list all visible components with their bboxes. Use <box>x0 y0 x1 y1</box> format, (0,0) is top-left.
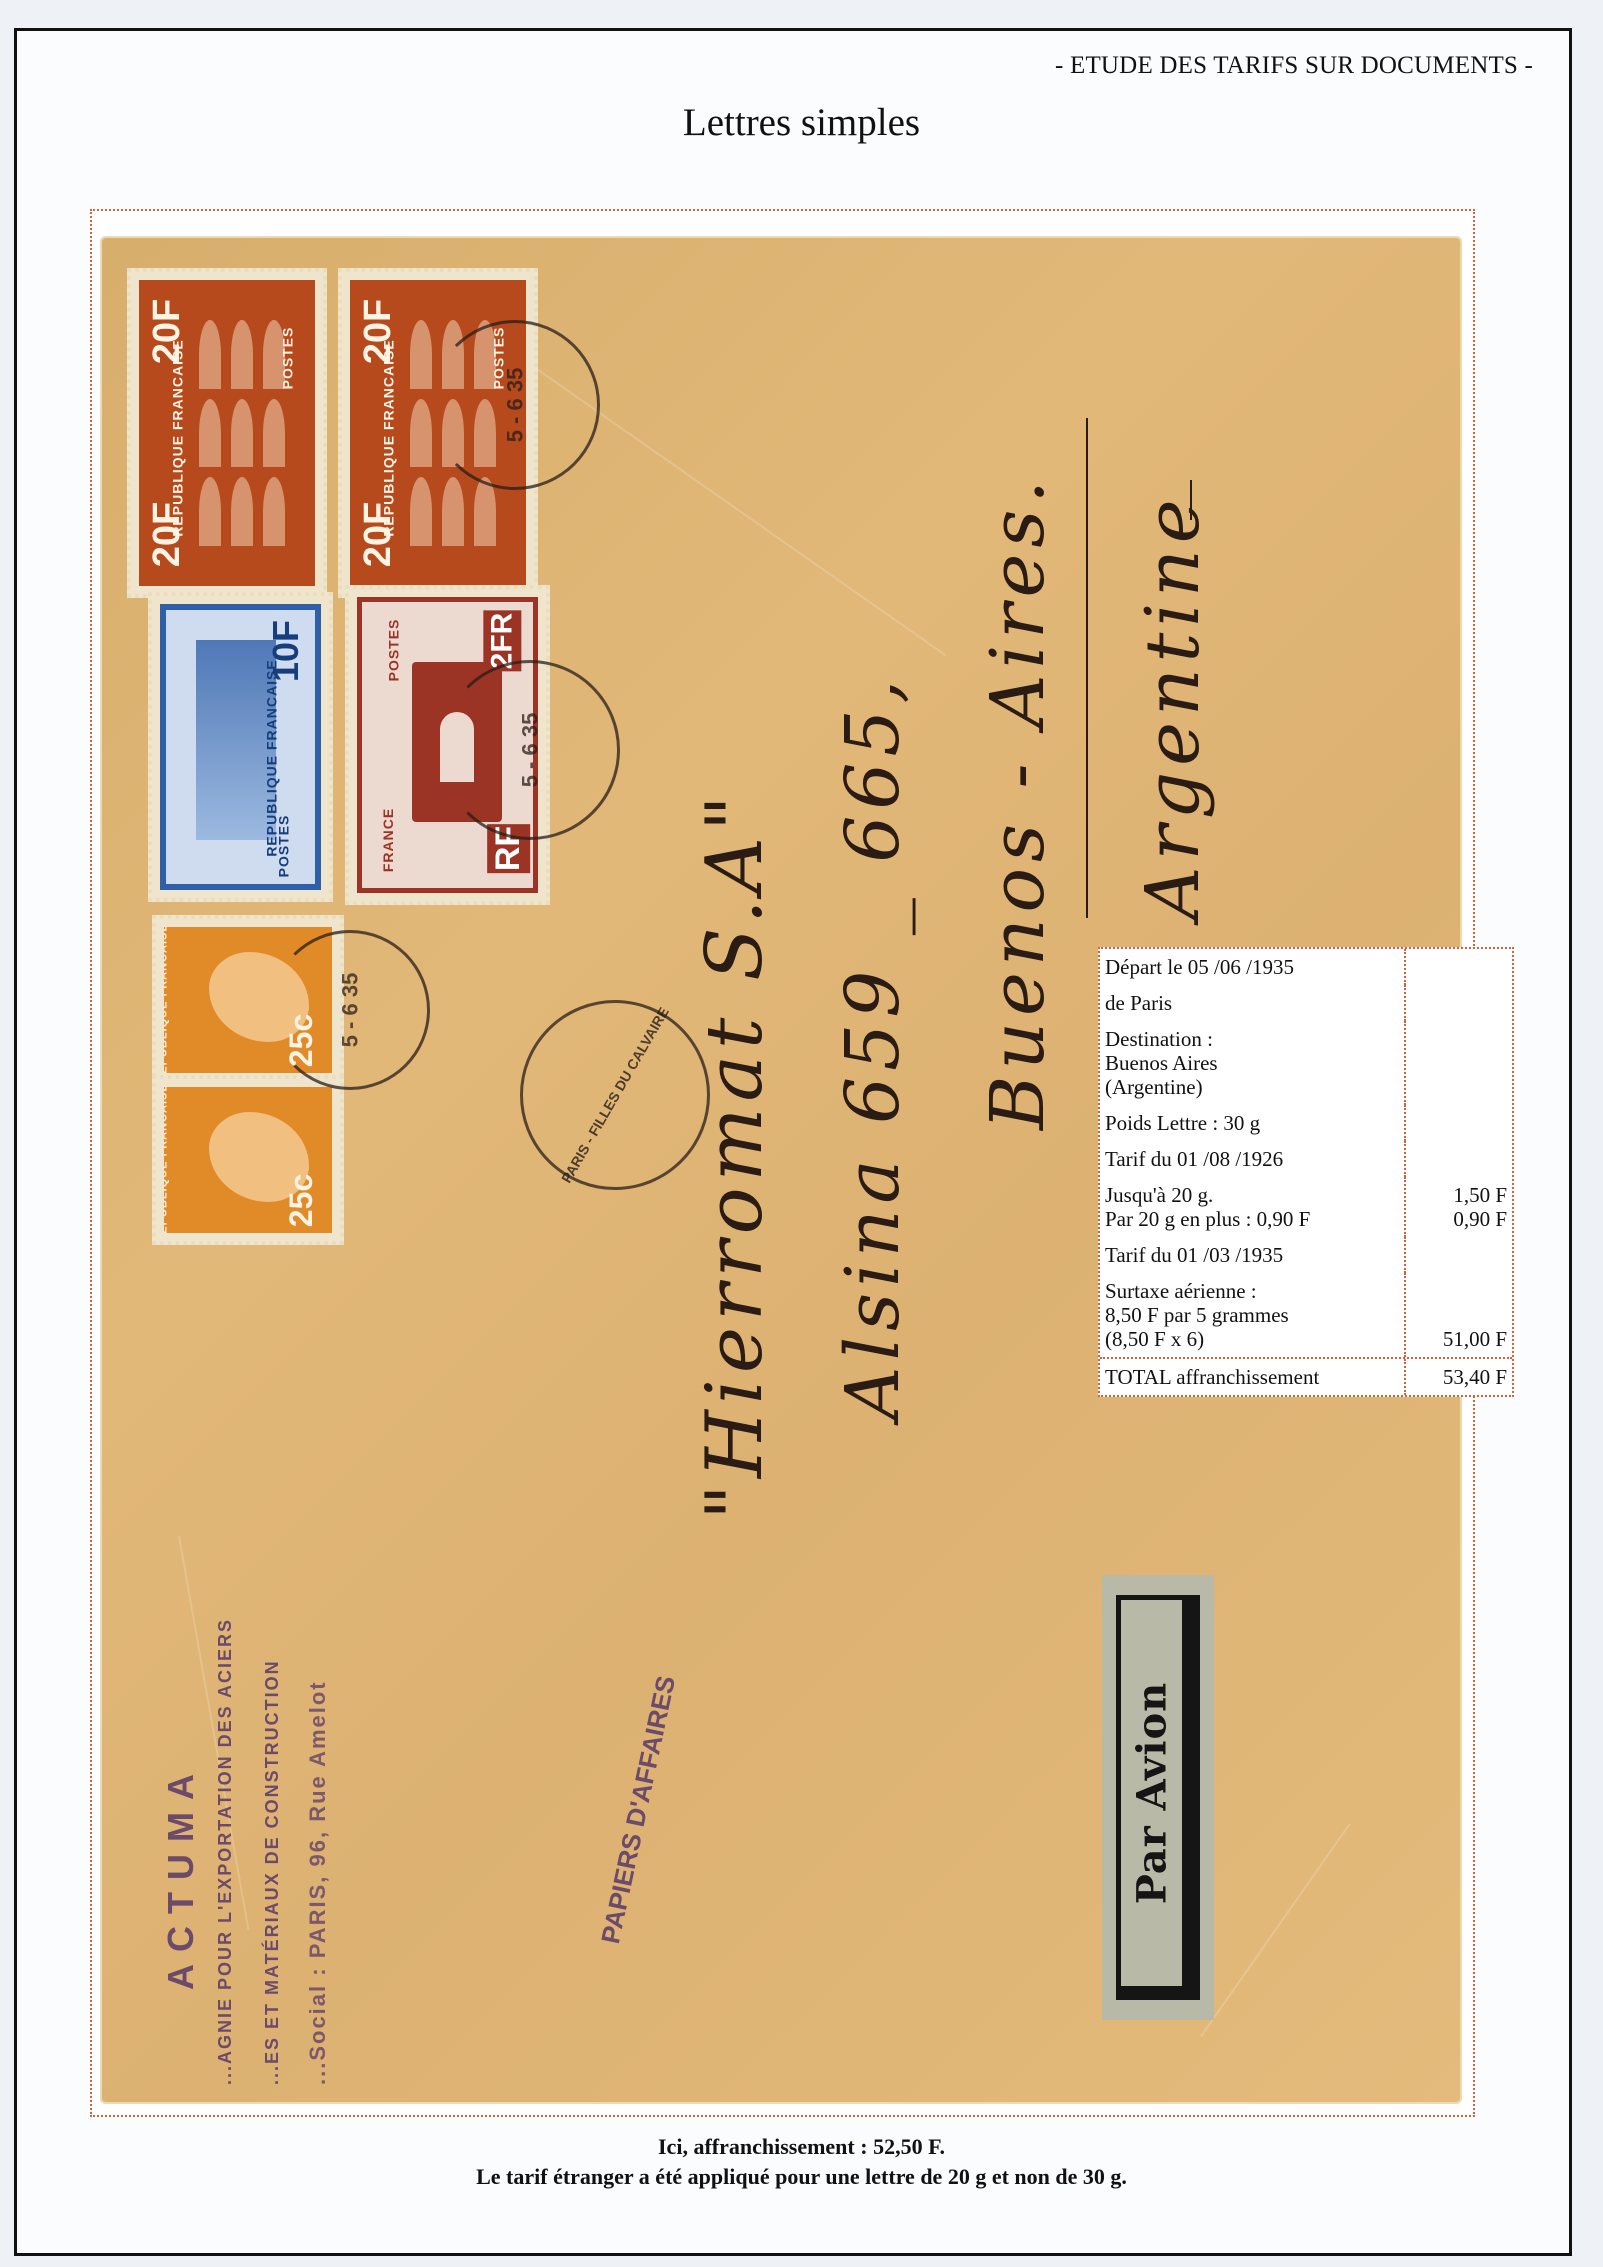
tariff-table: Départ le 05 /06 /1935 de Paris Destinat… <box>1098 947 1514 1397</box>
stamp-value: 25c <box>283 1174 320 1227</box>
tariff-row-label: Jusqu'à 20 g. Par 20 g en plus : 0,90 F <box>1100 1177 1406 1237</box>
tariff-row: Destination : Buenos Aires (Argentine) <box>1100 1021 1512 1105</box>
sender-company-name: ACTUMA <box>160 1762 202 1990</box>
stamp-country: REPUBLIQUE FRANCAISE <box>164 927 170 1073</box>
tariff-row-label: Tarif du 01 /03 /1935 <box>1100 1237 1406 1273</box>
tariff-row-label: Poids Lettre : 30 g <box>1100 1105 1406 1141</box>
tariff-total-label: TOTAL affranchissement <box>1100 1359 1406 1395</box>
tariff-row-amount: 51,00 F <box>1406 1273 1512 1357</box>
tariff-row: Tarif du 01 /03 /1935 <box>1100 1237 1512 1273</box>
caption-line-2: Le tarif étranger a été appliqué pour un… <box>0 2162 1603 2192</box>
tariff-row: Poids Lettre : 30 g <box>1100 1105 1512 1141</box>
stamp-country: REPUBLIQUE FRANCAISE <box>164 1087 170 1233</box>
tariff-total-row: TOTAL affranchissement 53,40 F <box>1100 1357 1512 1395</box>
postmark-middle: 5 - 6 35 <box>440 660 620 840</box>
tariff-row: Surtaxe aérienne : 8,50 F par 5 grammes … <box>1100 1273 1512 1357</box>
address-dash <box>1190 480 1192 520</box>
address-line-city: Buenos - Aires. <box>975 474 1061 1130</box>
stamp-semeuse-2: 25c REPUBLIQUE FRANCAISE <box>152 1075 344 1245</box>
page-subtitle: Lettres simples <box>0 100 1603 145</box>
tariff-row: Jusqu'à 20 g. Par 20 g en plus : 0,90 F … <box>1100 1177 1512 1237</box>
stamp-label: POSTES <box>276 815 292 878</box>
sender-line-3: ...Social : PARIS, 96, Rue Amelot <box>305 1680 331 2085</box>
stamp-country: REPUBLIQUE FRANCAISE <box>170 339 186 536</box>
tariff-row-amount <box>1406 985 1512 1021</box>
tariff-row-label: de Paris <box>1100 985 1406 1021</box>
aqueduct-illustration <box>199 320 285 546</box>
airmail-label-text: Par Avion <box>1128 1682 1175 1905</box>
stamp-pont-du-gard-1: 20F 20F REPUBLIQUE FRANCAISE POSTES <box>127 268 327 598</box>
caption: Ici, affranchissement : 52,50 F. Le tari… <box>0 2132 1603 2192</box>
address-line-street: Alsina 659 _ 665, <box>830 674 916 1420</box>
sender-line-2: ...ES ET MATÉRIAUX DE CONSTRUCTION <box>262 1659 283 2085</box>
airmail-label: Par Avion <box>1102 1575 1214 2020</box>
caption-line-1: Ici, affranchissement : 52,50 F. <box>0 2132 1603 2162</box>
tariff-row: Tarif du 01 /08 /1926 <box>1100 1141 1512 1177</box>
tariff-row-amount <box>1406 949 1512 985</box>
stamp-label: POSTES <box>385 619 401 682</box>
stamp-label: POSTES <box>280 327 296 390</box>
postmark-top: 5 - 6 35 <box>430 320 600 490</box>
tariff-row: Départ le 05 /06 /1935 <box>1100 949 1512 985</box>
sender-line-1: ...AGNIE POUR L'EXPORTATION DES ACIERS <box>215 1618 236 2085</box>
tariff-row: de Paris <box>1100 985 1512 1021</box>
tariff-row-amount <box>1406 1237 1512 1273</box>
tariff-row-amount <box>1406 1141 1512 1177</box>
header-title: - ETUDE DES TARIFS SUR DOCUMENTS - <box>1055 52 1533 80</box>
postmark-bottom: 5 - 6 35 <box>270 930 430 1090</box>
tariff-row-label: Départ le 05 /06 /1935 <box>1100 949 1406 985</box>
stamp-country: REPUBLIQUE FRANCAISE <box>381 339 397 536</box>
tariff-row-label: Surtaxe aérienne : 8,50 F par 5 grammes … <box>1100 1273 1406 1357</box>
address-line-country: Argentine <box>1130 494 1216 921</box>
postmark-center: PARIS - FILLES DU CALVAIRE <box>520 1000 710 1190</box>
address-line-recipient: "Hierromat S.A" <box>690 789 780 1520</box>
tariff-row-amount: 1,50 F 0,90 F <box>1406 1177 1512 1237</box>
stamp-country: FRANCE <box>380 808 396 872</box>
tariff-row-label: Destination : Buenos Aires (Argentine) <box>1100 1021 1406 1105</box>
address-underline <box>1086 418 1088 918</box>
tariff-row-label: Tarif du 01 /08 /1926 <box>1100 1141 1406 1177</box>
tariff-row-amount <box>1406 1021 1512 1105</box>
stamp-la-rochelle: 10F REPUBLIQUE FRANCAISE POSTES <box>148 592 333 902</box>
tariff-row-amount <box>1406 1105 1512 1141</box>
tariff-total-amount: 53,40 F <box>1406 1359 1512 1395</box>
